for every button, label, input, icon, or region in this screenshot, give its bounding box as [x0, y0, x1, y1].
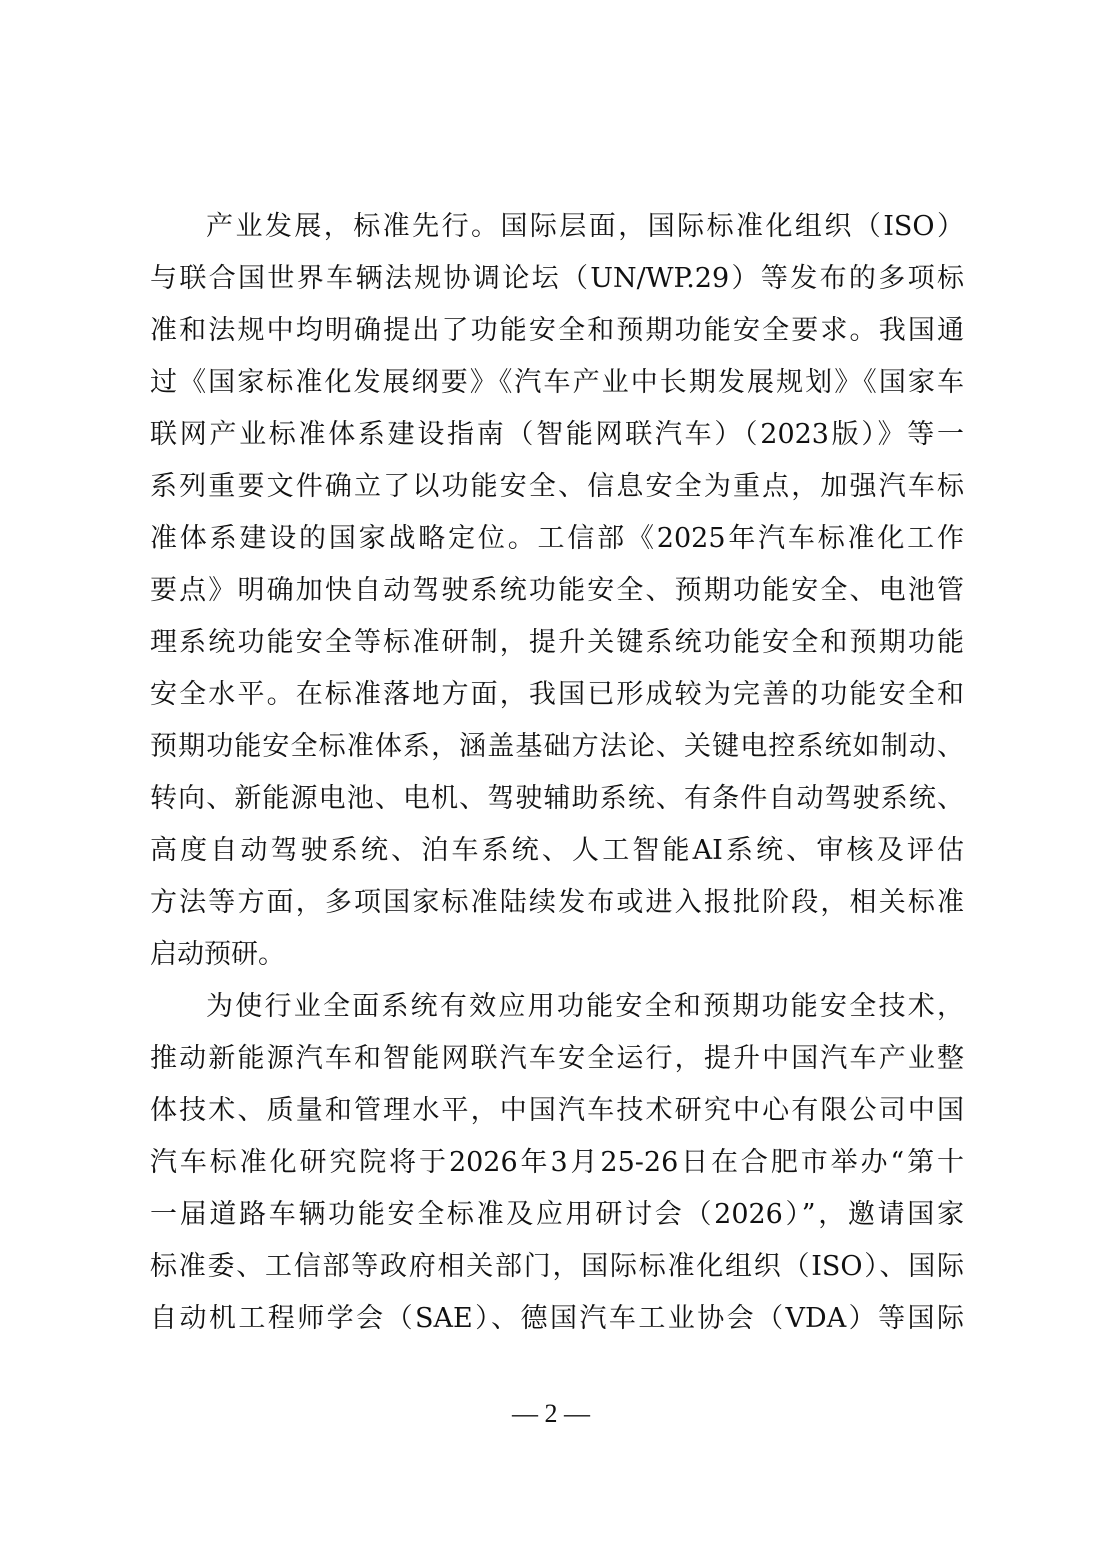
body-text: 产业发展，标准先行。国际层面，国际标准化组织（ISO） 与联合国世界车辆法规协调…: [150, 201, 964, 1345]
paragraph-2-line-4: 汽车标准化研究院将于2026年3月25-26日在合肥市举办“第十: [150, 1137, 964, 1189]
paragraph-2-line-1: 为使行业全面系统有效应用功能安全和预期功能安全技术，: [150, 981, 964, 1033]
paragraph-1-line-8: 要点》明确加快自动驾驶系统功能安全、预期功能安全、电池管: [150, 565, 964, 617]
paragraph-2-line-2: 推动新能源汽车和智能网联汽车安全运行，提升中国汽车产业整: [150, 1033, 964, 1085]
paragraph-1-line-4: 过《国家标准化发展纲要》《汽车产业中长期发展规划》《国家车: [150, 357, 964, 409]
paragraph-1-line-1: 产业发展，标准先行。国际层面，国际标准化组织（ISO）: [150, 201, 964, 253]
paragraph-1-line-13: 高度自动驾驶系统、泊车系统、人工智能AI系统、审核及评估: [150, 825, 964, 877]
paragraph-1-line-2: 与联合国世界车辆法规协调论坛（UN/WP.29）等发布的多项标: [150, 253, 964, 305]
page-number: — 2 —: [0, 1396, 1102, 1432]
paragraph-1-line-9: 理系统功能安全等标准研制，提升关键系统功能安全和预期功能: [150, 617, 964, 669]
paragraph-1-line-14: 方法等方面，多项国家标准陆续发布或进入报批阶段，相关标准: [150, 877, 964, 929]
document-page: 产业发展，标准先行。国际层面，国际标准化组织（ISO） 与联合国世界车辆法规协调…: [0, 0, 1102, 1559]
paragraph-1-line-10: 安全水平。在标准落地方面，我国已形成较为完善的功能安全和: [150, 669, 964, 721]
paragraph-1-line-7: 准体系建设的国家战略定位。工信部《2025年汽车标准化工作: [150, 513, 964, 565]
paragraph-2-line-7: 自动机工程师学会（SAE）、德国汽车工业协会（VDA）等国际: [150, 1293, 964, 1345]
paragraph-1-line-6: 系列重要文件确立了以功能安全、信息安全为重点，加强汽车标: [150, 461, 964, 513]
paragraph-1-line-3: 准和法规中均明确提出了功能安全和预期功能安全要求。我国通: [150, 305, 964, 357]
paragraph-2-line-6: 标准委、工信部等政府相关部门，国际标准化组织（ISO）、国际: [150, 1241, 964, 1293]
paragraph-2-line-3: 体技术、质量和管理水平，中国汽车技术研究中心有限公司中国: [150, 1085, 964, 1137]
paragraph-2-line-5: 一届道路车辆功能安全标准及应用研讨会（2026）”，邀请国家: [150, 1189, 964, 1241]
paragraph-1-line-11: 预期功能安全标准体系，涵盖基础方法论、关键电控系统如制动、: [150, 721, 964, 773]
paragraph-1-line-12: 转向、新能源电池、电机、驾驶辅助系统、有条件自动驾驶系统、: [150, 773, 964, 825]
paragraph-1-line-15: 启动预研。: [150, 929, 964, 981]
paragraph-1-line-5: 联网产业标准体系建设指南（智能网联汽车）（2023版）》等一: [150, 409, 964, 461]
